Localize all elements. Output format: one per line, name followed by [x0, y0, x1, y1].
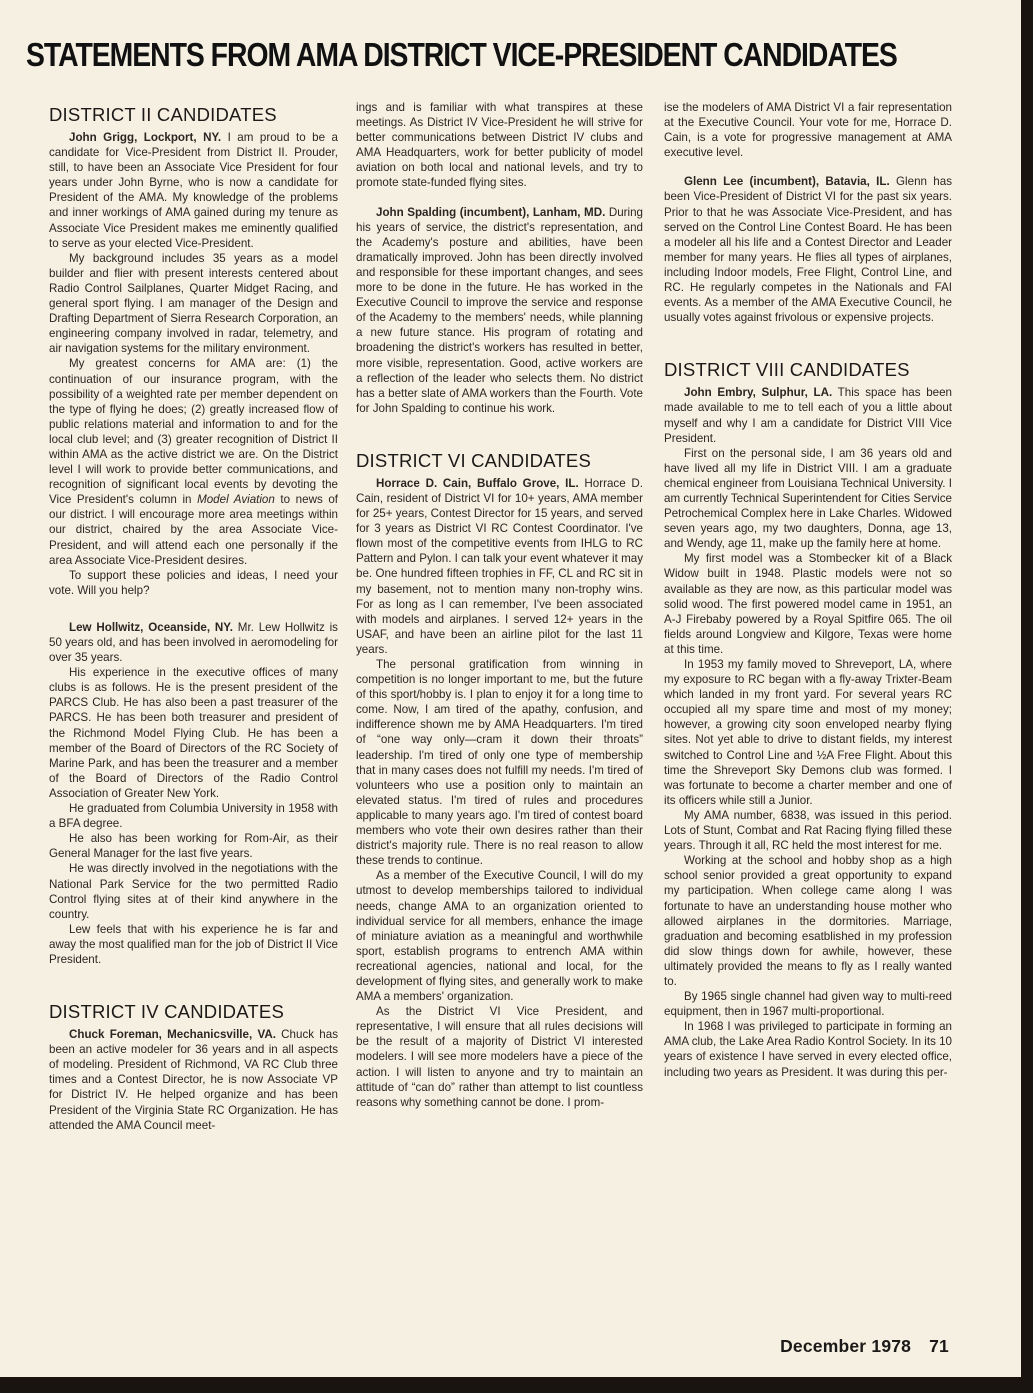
candidate-statement-lee: Glenn Lee (incumbent), Batavia, IL. Glen…: [664, 174, 952, 325]
candidate-name: Horrace D. Cain, Buffalo Grove, IL.: [376, 477, 579, 490]
page-headline: STATEMENTS FROM AMA DISTRICT VICE-PRESID…: [26, 36, 897, 74]
candidate-statement-cain: Horrace D. Cain, Buffalo Grove, IL. Horr…: [356, 476, 643, 657]
candidate-statement-spalding: John Spalding (incumbent), Lanham, MD. D…: [356, 205, 643, 416]
candidate-statement-hollwitz: Lew Hollwitz, Oceanside, NY. Mr. Lew Hol…: [49, 620, 338, 665]
paragraph: He also has been working for Rom-Air, as…: [49, 831, 338, 861]
paragraph: To support these policies and ideas, I n…: [49, 568, 338, 598]
candidate-name: John Embry, Sulphur, LA.: [684, 386, 832, 399]
paragraph: My first model was a Stombecker kit of a…: [664, 551, 952, 657]
paragraph: As the District VI Vice President, and r…: [356, 1004, 643, 1110]
page-number: 71: [929, 1336, 949, 1356]
paragraph: In 1953 my family moved to Shreveport, L…: [664, 657, 952, 808]
candidate-statement-grigg: John Grigg, Lockport, NY. I am proud to …: [49, 130, 338, 251]
column-2: ings and is familiar with what transpire…: [356, 100, 643, 1110]
section-heading-district-iv: DISTRICT IV CANDIDATES: [49, 1001, 338, 1023]
paragraph: Lew feels that with his experience he is…: [49, 922, 338, 967]
candidate-name: Chuck Foreman, Mechanicsville, VA.: [69, 1028, 276, 1041]
page-footer: December 197871: [780, 1336, 949, 1357]
candidate-name: John Grigg, Lockport, NY.: [69, 131, 221, 144]
publication-title: Model Aviation: [197, 493, 275, 506]
candidate-statement-foreman: Chuck Foreman, Mechanicsville, VA. Chuck…: [49, 1027, 338, 1133]
column-1: DISTRICT II CANDIDATES John Grigg, Lockp…: [49, 104, 338, 1133]
candidate-name: Glenn Lee (incumbent), Batavia, IL.: [684, 175, 890, 188]
paragraph: The personal gratification from winning …: [356, 657, 643, 868]
column-3: ise the modelers of AMA District VI a fa…: [664, 100, 952, 1080]
paragraph: By 1965 single channel had given way to …: [664, 989, 952, 1019]
section-heading-district-viii: DISTRICT VIII CANDIDATES: [664, 359, 952, 381]
candidate-name: John Spalding (incumbent), Lanham, MD.: [376, 206, 605, 219]
candidate-statement-embry: John Embry, Sulphur, LA. This space has …: [664, 385, 952, 445]
paragraph: He graduated from Columbia University in…: [49, 801, 338, 831]
paragraph: As a member of the Executive Council, I …: [356, 868, 643, 1004]
paragraph-continued: ings and is familiar with what transpire…: [356, 100, 643, 191]
paragraph: My greatest concerns for AMA are: (1) th…: [49, 356, 338, 567]
paragraph: He was directly involved in the negotiat…: [49, 861, 338, 921]
candidate-name: Lew Hollwitz, Oceanside, NY.: [69, 621, 233, 634]
magazine-page: STATEMENTS FROM AMA DISTRICT VICE-PRESID…: [0, 0, 1021, 1377]
paragraph-continued: ise the modelers of AMA District VI a fa…: [664, 100, 952, 160]
section-heading-district-ii: DISTRICT II CANDIDATES: [49, 104, 338, 126]
paragraph: Working at the school and hobby shop as …: [664, 853, 952, 989]
paragraph: First on the personal side, I am 36 year…: [664, 446, 952, 552]
issue-date: December 1978: [780, 1336, 911, 1356]
paragraph: My background includes 35 years as a mod…: [49, 251, 338, 357]
paragraph: His experience in the executive offices …: [49, 665, 338, 801]
paragraph: My AMA number, 6838, was issued in this …: [664, 808, 952, 853]
section-heading-district-vi: DISTRICT VI CANDIDATES: [356, 450, 643, 472]
paragraph: In 1968 I was privileged to participate …: [664, 1019, 952, 1079]
